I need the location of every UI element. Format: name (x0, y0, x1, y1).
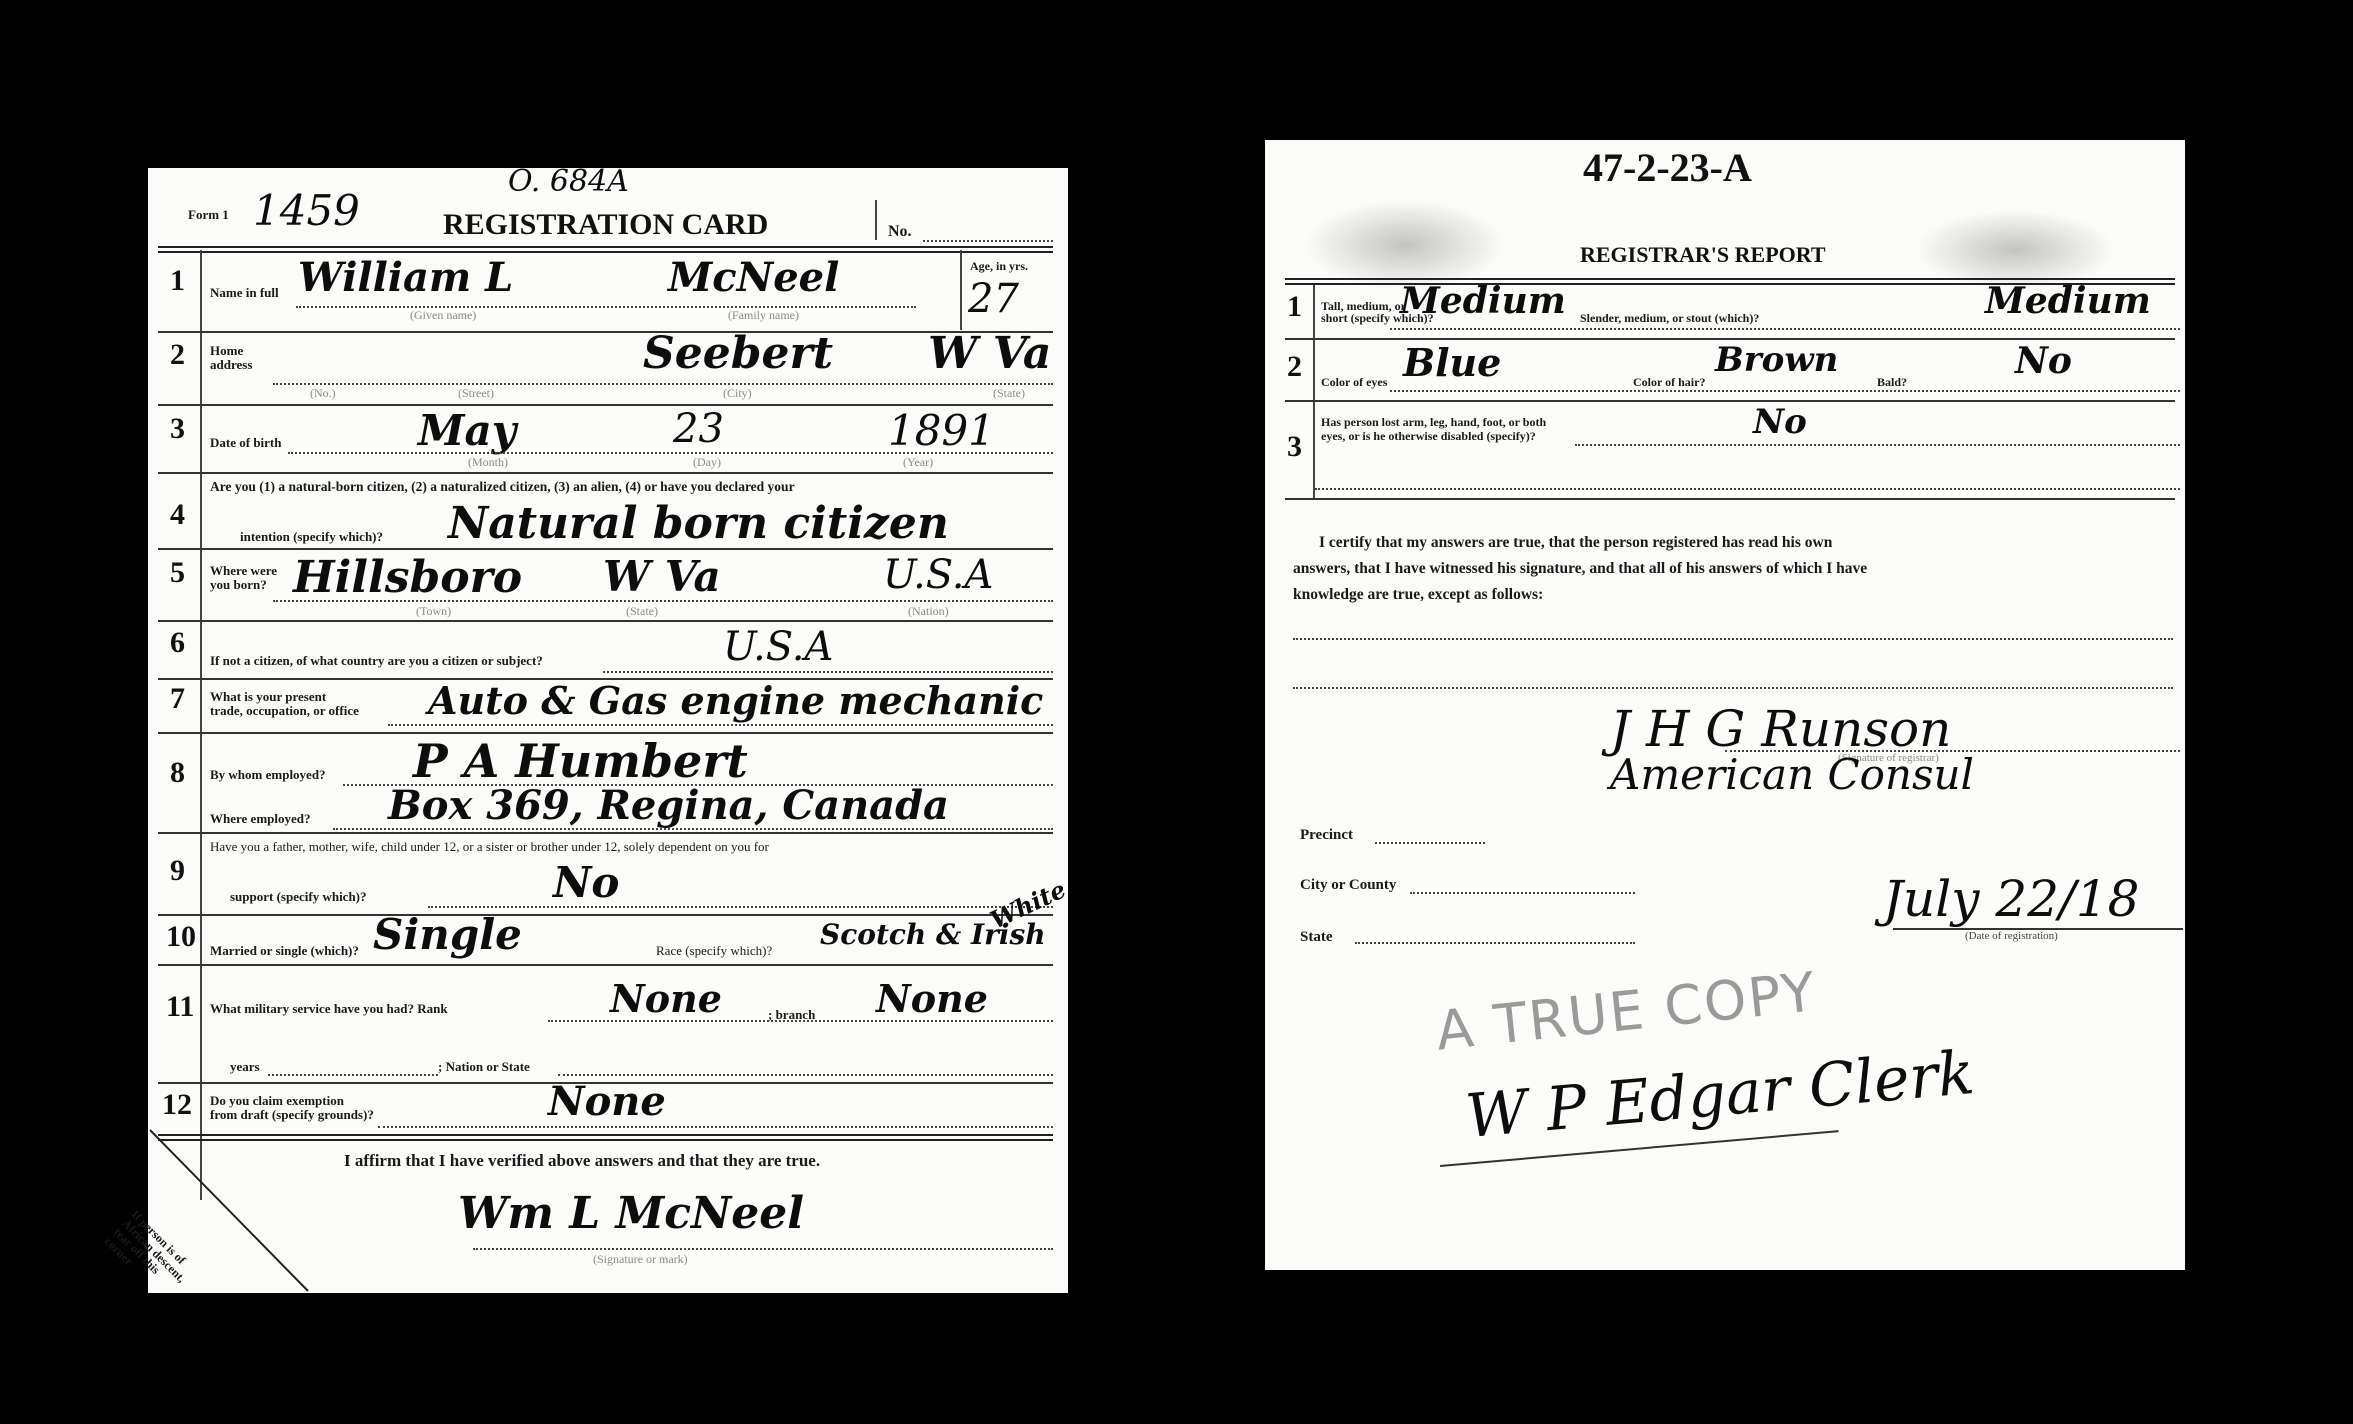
serial-number: 1459 (253, 186, 360, 235)
employer-location-label: Where employed? (210, 812, 311, 826)
certification-line: I certify that my answers are true, that… (1293, 530, 1867, 556)
row-number: 1 (1287, 290, 1302, 324)
registrant-signature: Wm L McNeel (458, 1188, 804, 1239)
birth-state: W Va (603, 552, 721, 601)
disability-value: No (1753, 402, 1807, 442)
hair-color-value: Brown (1715, 340, 1838, 380)
row-number: 7 (170, 682, 185, 716)
exemption-value: None (548, 1078, 666, 1125)
dob-label: Date of birth (210, 436, 282, 450)
order-number: O. 684A (508, 164, 629, 199)
state-label: State (1300, 930, 1333, 946)
birthplace-label: Where were (210, 564, 277, 578)
state-value: W Va (928, 328, 1051, 379)
military-label: What military service have you had? Rank (210, 1002, 448, 1016)
foreign-citizen-value: U.S.A (723, 624, 833, 670)
registration-card-front: Form 1 1459 O. 684A REGISTRATION CARD No… (148, 168, 1068, 1293)
citizenship-question-2: intention (specify which)? (240, 530, 383, 544)
employer-location-value: Box 369, Regina, Canada (388, 782, 949, 829)
state-sub: (State) (626, 604, 658, 619)
employer-value: P A Humbert (413, 734, 748, 788)
row-number: 8 (170, 756, 185, 790)
disability-label: Has person lost arm, leg, hand, foot, or… (1321, 416, 1546, 429)
row-number: 5 (170, 556, 185, 590)
birth-town: Hillsboro (293, 552, 522, 603)
nation-state-label: ; Nation or State (438, 1060, 530, 1074)
exemption-label: Do you claim exemption (210, 1094, 344, 1108)
certification-line: knowledge are true, except as follows: (1293, 582, 1867, 608)
no-label: No. (888, 224, 912, 241)
dependents-value: No (553, 858, 619, 907)
employer-label: By whom employed? (210, 768, 326, 782)
bald-value: No (2015, 340, 2072, 382)
birthplace-label-2: you born? (210, 578, 267, 592)
registration-date-sub: (Date of registration) (1965, 930, 2058, 942)
street-sub: (Street) (458, 386, 494, 401)
citizenship-value: Natural born citizen (448, 498, 949, 549)
stamp-number: 47-2-23-A (1583, 144, 1752, 191)
eye-color-value: Blue (1403, 340, 1501, 385)
card-title: REGISTRATION CARD (443, 208, 768, 242)
row-number: 1 (170, 264, 185, 298)
row-number: 2 (1287, 350, 1302, 384)
registrars-report-card: 47-2-23-A REGISTRAR'S REPORT 1 Tall, med… (1265, 140, 2185, 1270)
row-number: 4 (170, 498, 185, 532)
city-value: Seebert (643, 328, 833, 379)
dob-year: 1891 (888, 406, 995, 455)
report-title: REGISTRAR'S REPORT (1580, 242, 1826, 268)
registrar-title: American Consul (1610, 750, 1974, 799)
row-number: 10 (166, 920, 196, 954)
build-label: Slender, medium, or stout (which)? (1580, 312, 1759, 325)
town-sub: (Town) (416, 604, 451, 619)
certification-line: answers, that I have witnessed his signa… (1293, 556, 1867, 582)
month-sub: (Month) (468, 455, 508, 470)
occupation-label-2: trade, occupation, or office (210, 704, 359, 718)
home-address-label: Home (210, 344, 243, 358)
foreign-citizen-label: If not a citizen, of what country are yo… (210, 654, 543, 668)
no-sub: (No.) (310, 386, 336, 401)
row-number: 3 (1287, 430, 1302, 464)
day-sub: (Day) (693, 455, 721, 470)
military-branch-value: None (876, 976, 988, 1021)
height-value: Medium (1400, 280, 1566, 322)
family-name-sub: (Family name) (728, 308, 799, 323)
age-value: 27 (968, 276, 1019, 322)
affirmation-text: I affirm that I have verified above answ… (344, 1152, 820, 1170)
clerk-signature: W P Edgar Clerk (1463, 1038, 1977, 1152)
city-sub: (City) (723, 386, 752, 401)
build-value: Medium (1985, 280, 2151, 322)
citizenship-question: Are you (1) a natural-born citizen, (2) … (210, 480, 795, 494)
nation-sub: (Nation) (908, 604, 949, 619)
dob-day: 23 (673, 406, 724, 452)
marital-label: Married or single (which)? (210, 944, 359, 958)
given-name-value: William L (298, 254, 513, 301)
precinct-label: Precinct (1300, 828, 1353, 844)
given-name-sub: (Given name) (410, 308, 476, 323)
true-copy-stamp: A TRUE COPY (1433, 960, 1819, 1063)
row-number: 3 (170, 412, 185, 446)
city-county-label: City or County (1300, 878, 1396, 894)
home-address-label-2: address (210, 358, 252, 372)
row-number: 11 (166, 990, 194, 1024)
row-number: 12 (162, 1088, 192, 1122)
name-label: Name in full (210, 286, 279, 300)
dob-month: May (418, 406, 516, 455)
disability-label-2: eyes, or is he otherwise disabled (speci… (1321, 430, 1536, 443)
signature-sub: (Signature or mark) (593, 1252, 688, 1267)
marital-value: Single (373, 910, 522, 959)
age-label: Age, in yrs. (970, 260, 1028, 273)
family-name-value: McNeel (668, 254, 839, 301)
hair-color-label: Color of hair? (1633, 376, 1705, 389)
eye-color-label: Color of eyes (1321, 376, 1387, 389)
exemption-label-2: from draft (specify grounds)? (210, 1108, 374, 1122)
birth-nation: U.S.A (883, 552, 993, 598)
certification-text: I certify that my answers are true, that… (1293, 530, 1867, 608)
registration-date: July 22/18 (1883, 870, 2139, 928)
state-sub: (State) (993, 386, 1025, 401)
race-label: Race (specify which)? (656, 944, 772, 958)
form-label: Form 1 (188, 208, 229, 222)
row-number: 6 (170, 626, 185, 660)
year-sub: (Year) (903, 455, 933, 470)
occupation-label: What is your present (210, 690, 326, 704)
dependents-question: Have you a father, mother, wife, child u… (210, 840, 769, 854)
dependents-question-2: support (specify which)? (230, 890, 367, 904)
occupation-value: Auto & Gas engine mechanic (428, 678, 1043, 723)
military-rank-value: None (610, 976, 722, 1021)
bald-label: Bald? (1877, 376, 1907, 389)
years-label: years (230, 1060, 260, 1074)
row-number: 2 (170, 338, 185, 372)
row-number: 9 (170, 854, 185, 888)
